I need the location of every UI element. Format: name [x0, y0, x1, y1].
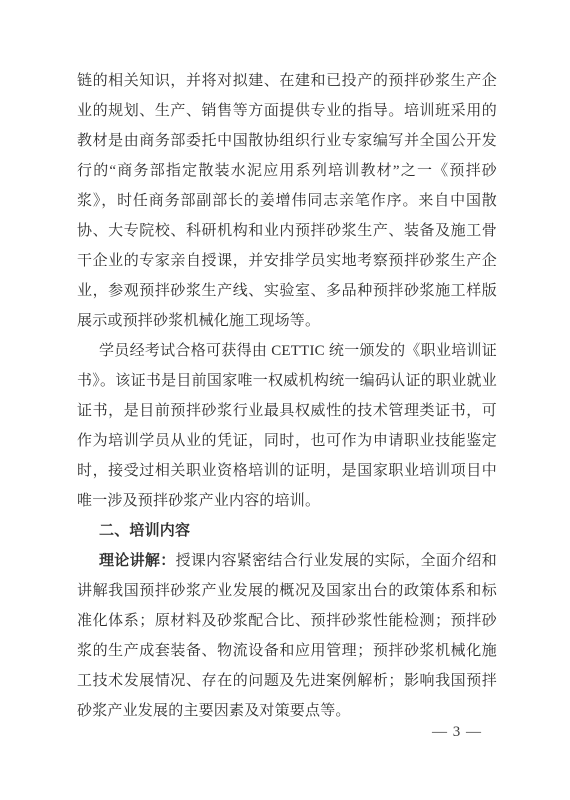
paragraph-certificate: 学员经考试合格可获得由 CETTIC 统一颁发的《职业培训证书》。该证书是目前国…	[77, 336, 497, 516]
paragraph-theory: 理论讲解：授课内容紧密结合行业发展的实际，全面介绍和讲解我国预拌砂浆产业发展的概…	[77, 546, 497, 726]
document-body: 链的相关知识，并将对拟建、在建和已投产的预拌砂浆生产企业的规划、生产、销售等方面…	[77, 66, 497, 726]
paragraph-continuation: 链的相关知识，并将对拟建、在建和已投产的预拌砂浆生产企业的规划、生产、销售等方面…	[77, 66, 497, 336]
paragraph-theory-lead-label: 理论讲解：	[99, 552, 176, 569]
page-number: — 3 —	[432, 722, 482, 742]
section-heading-training-content: 二、培训内容	[77, 516, 497, 546]
paragraph-theory-text: 授课内容紧密结合行业发展的实际，全面介绍和讲解我国预拌砂浆产业发展的概况及国家出…	[77, 553, 497, 719]
document-page: 链的相关知识，并将对拟建、在建和已投产的预拌砂浆生产企业的规划、生产、销售等方面…	[0, 0, 570, 800]
